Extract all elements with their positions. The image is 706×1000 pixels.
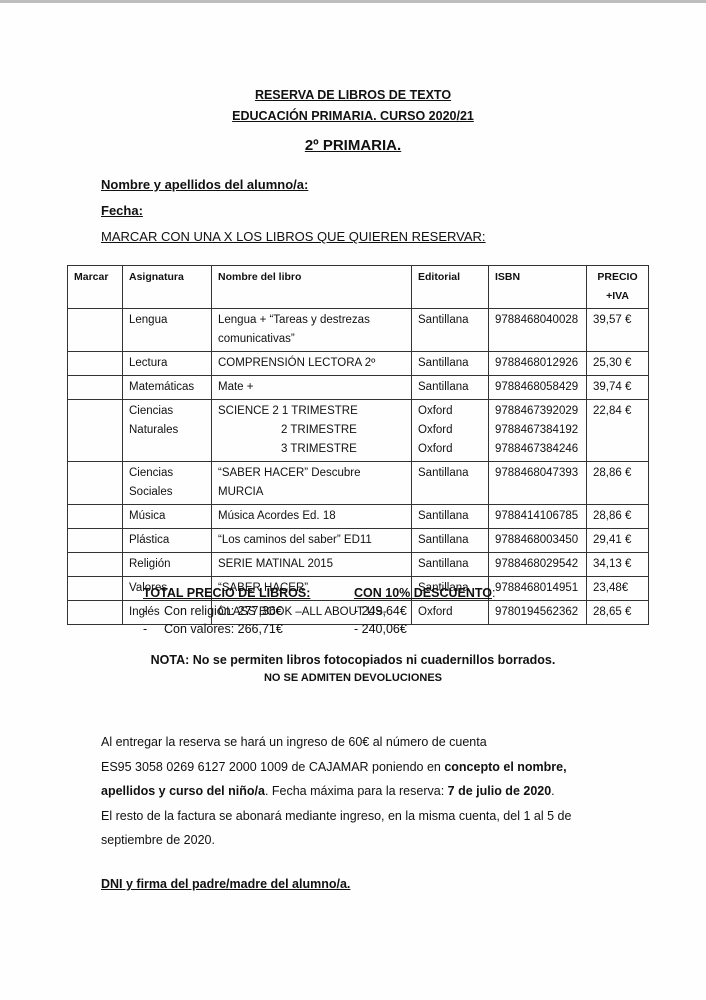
books-table: Marcar Asignatura Nombre del libro Edito… [67, 265, 649, 625]
payment-line-4: El resto de la factura se abonará median… [101, 804, 601, 829]
header-mark: Marcar [68, 266, 123, 309]
subject-cell: Lectura [123, 352, 212, 376]
price-cell: 39,74 € [587, 376, 649, 400]
payment-line-2: ES95 3058 0269 6127 2000 1009 de CAJAMAR… [101, 755, 601, 780]
isbn-cell-line: 9788468014951 [495, 579, 580, 598]
isbn-cell-line: 9788468040028 [495, 311, 580, 330]
isbn-cell-line: 9788467392029 [495, 402, 580, 421]
header-publisher: Editorial [412, 266, 489, 309]
price-cell: 39,57 € [587, 309, 649, 352]
header-price-line1: PRECIO [593, 268, 642, 287]
publisher-cell-line: Santillana [418, 378, 482, 397]
publisher-cell: Santillana [412, 462, 489, 505]
book-cell-line: 3 TRIMESTRE [218, 440, 405, 459]
book-cell-line: “Los caminos del saber” ED11 [218, 531, 405, 550]
header-price-line2: +IVA [593, 287, 642, 306]
mark-cell[interactable] [68, 352, 123, 376]
discount-colon: : [492, 586, 495, 600]
subject-cell: Plástica [123, 529, 212, 553]
price-cell: 23,48€ [587, 577, 649, 601]
subject-cell-line: Naturales [129, 421, 205, 440]
book-cell: “Los caminos del saber” ED11 [212, 529, 412, 553]
subject-cell: Música [123, 505, 212, 529]
page-top-edge [0, 0, 706, 3]
book-cell: Lengua + “Tareas y destrezascomunicativa… [212, 309, 412, 352]
isbn-cell: 9788468029542 [489, 553, 587, 577]
isbn-cell: 9788468058429 [489, 376, 587, 400]
publisher-cell-line: Oxford [418, 440, 482, 459]
discount-title-text: CON 10% DESCUENTO [354, 586, 492, 600]
isbn-cell-line: 9788468003450 [495, 531, 580, 550]
publisher-cell: Santillana [412, 529, 489, 553]
price-cell: 29,41 € [587, 529, 649, 553]
publisher-cell: OxfordOxfordOxford [412, 400, 489, 462]
isbn-cell-line: 9788468058429 [495, 378, 580, 397]
payment-paragraph: Al entregar la reserva se hará un ingres… [101, 730, 601, 853]
book-cell-line: Lengua + “Tareas y destrezas [218, 311, 405, 330]
table-row: Plástica“Los caminos del saber” ED11Sant… [68, 529, 649, 553]
mark-cell[interactable] [68, 529, 123, 553]
mark-cell[interactable] [68, 553, 123, 577]
mark-cell[interactable] [68, 376, 123, 400]
discount-religion: - 249,64€ [354, 602, 495, 620]
mark-cell[interactable] [68, 601, 123, 625]
subject-cell-line: Música [129, 507, 205, 526]
publisher-cell: Santillana [412, 376, 489, 400]
book-cell: Mate + [212, 376, 412, 400]
book-cell-line: “SABER HACER” Descubre MURCIA [218, 464, 405, 502]
book-cell-line: comunicativas” [218, 330, 405, 349]
document-title: RESERVA DE LIBROS DE TEXTO [0, 88, 706, 102]
book-cell-line: COMPRENSIÓN LECTORA 2º [218, 354, 405, 373]
publisher-cell: Santillana [412, 352, 489, 376]
isbn-cell: 9788468040028 [489, 309, 587, 352]
price-cell: 28,65 € [587, 601, 649, 625]
table-row: LenguaLengua + “Tareas y destrezascomuni… [68, 309, 649, 352]
header-price: PRECIO +IVA [587, 266, 649, 309]
no-returns-text: NO SE ADMITEN DEVOLUCIONES [0, 672, 706, 684]
total-values-value: Con valores: 266,71€ [164, 622, 283, 636]
isbn-cell-line: 9788467384192 [495, 421, 580, 440]
account-text: ES95 3058 0269 6127 2000 1009 de CAJAMAR… [101, 760, 444, 774]
subject-cell-line: Lengua [129, 311, 205, 330]
book-cell: SERIE MATINAL 2015 [212, 553, 412, 577]
book-cell-line: 2 TRIMESTRE [218, 421, 405, 440]
publisher-cell-line: Santillana [418, 354, 482, 373]
isbn-cell-line: 9788468029542 [495, 555, 580, 574]
isbn-cell: 9788468047393 [489, 462, 587, 505]
isbn-cell: 9788414106785 [489, 505, 587, 529]
discount-title: CON 10% DESCUENTO: [354, 584, 495, 602]
publisher-cell-line: Santillana [418, 531, 482, 550]
publisher-cell-line: Santillana [418, 507, 482, 526]
payment-line-3: apellidos y curso del niño/a. Fecha máxi… [101, 779, 601, 804]
totals-block: TOTAL PRECIO DE LIBROS: -Con religión: 2… [143, 584, 310, 638]
deadline-label: . Fecha máxima para la reserva: [265, 784, 448, 798]
subject-cell-line: Ciencias [129, 464, 205, 483]
mark-cell[interactable] [68, 577, 123, 601]
book-cell-line: SERIE MATINAL 2015 [218, 555, 405, 574]
isbn-cell: 9788468003450 [489, 529, 587, 553]
table-row: MatemáticasMate +Santillana9788468058429… [68, 376, 649, 400]
header-book: Nombre del libro [212, 266, 412, 309]
grade-heading: 2º PRIMARIA. [0, 137, 706, 154]
discount-values: - 240,06€ [354, 620, 495, 638]
table-row: ReligiónSERIE MATINAL 2015Santillana9788… [68, 553, 649, 577]
mark-cell[interactable] [68, 400, 123, 462]
book-cell-line: Música Acordes Ed. 18 [218, 507, 405, 526]
subject-cell: CienciasSociales [123, 462, 212, 505]
isbn-cell: 9780194562362 [489, 601, 587, 625]
price-cell: 28,86 € [587, 505, 649, 529]
subject-cell: Religión [123, 553, 212, 577]
isbn-cell: 9788468014951 [489, 577, 587, 601]
payment-line-5: septiembre de 2020. [101, 828, 601, 853]
mark-cell[interactable] [68, 309, 123, 352]
instruction-text: MARCAR CON UNA X LOS LIBROS QUE QUIEREN … [101, 229, 486, 244]
price-cell: 34,13 € [587, 553, 649, 577]
concept-bold: concepto el nombre, [444, 760, 566, 774]
header-subject: Asignatura [123, 266, 212, 309]
period: . [551, 784, 554, 798]
table-row: LecturaCOMPRENSIÓN LECTORA 2ºSantillana9… [68, 352, 649, 376]
bullet-dash: - [143, 602, 164, 620]
book-cell-line: SCIENCE 2 1 TRIMESTRE [218, 402, 405, 421]
subject-cell-line: Lectura [129, 354, 205, 373]
publisher-cell-line: Santillana [418, 464, 482, 483]
isbn-cell-line: 9788467384246 [495, 440, 580, 459]
student-name-label: Nombre y apellidos del alumno/a: [101, 177, 308, 192]
mark-cell[interactable] [68, 462, 123, 505]
total-with-religion: -Con religión: 277,36€ [143, 602, 310, 620]
subject-cell: Lengua [123, 309, 212, 352]
subject-cell: Matemáticas [123, 376, 212, 400]
isbn-cell-line: 9788414106785 [495, 507, 580, 526]
totals-title: TOTAL PRECIO DE LIBROS: [143, 584, 310, 602]
concept-bold-2: apellidos y curso del niño/a [101, 784, 265, 798]
subject-cell-line: Plástica [129, 531, 205, 550]
isbn-cell: 978846739202997884673841929788467384246 [489, 400, 587, 462]
publisher-cell: Santillana [412, 553, 489, 577]
subject-cell: CienciasNaturales [123, 400, 212, 462]
price-cell: 28,86 € [587, 462, 649, 505]
mark-cell[interactable] [68, 505, 123, 529]
signature-label: DNI y firma del padre/madre del alumno/a… [101, 877, 350, 891]
book-cell: COMPRENSIÓN LECTORA 2º [212, 352, 412, 376]
subject-cell-line: Matemáticas [129, 378, 205, 397]
subject-cell-line: Sociales [129, 483, 205, 502]
table-row: CienciasNaturalesSCIENCE 2 1 TRIMESTRE2 … [68, 400, 649, 462]
subject-cell-line: Ciencias [129, 402, 205, 421]
book-cell: SCIENCE 2 1 TRIMESTRE2 TRIMESTRE3 TRIMES… [212, 400, 412, 462]
isbn-cell-line: 9788468047393 [495, 464, 580, 483]
discount-block: CON 10% DESCUENTO: - 249,64€ - 240,06€ [354, 584, 495, 638]
subject-cell-line: Religión [129, 555, 205, 574]
isbn-cell: 9788468012926 [489, 352, 587, 376]
publisher-cell-line: Santillana [418, 555, 482, 574]
publisher-cell-line: Santillana [418, 311, 482, 330]
date-label: Fecha: [101, 203, 143, 218]
price-cell: 22,84 € [587, 400, 649, 462]
total-religion-value: Con religión: 277,36€ [164, 604, 283, 618]
book-cell: Música Acordes Ed. 18 [212, 505, 412, 529]
isbn-cell-line: 9780194562362 [495, 603, 580, 622]
table-row: MúsicaMúsica Acordes Ed. 18Santillana978… [68, 505, 649, 529]
price-cell: 25,30 € [587, 352, 649, 376]
deadline-date: 7 de julio de 2020 [448, 784, 552, 798]
table-header-row: Marcar Asignatura Nombre del libro Edito… [68, 266, 649, 309]
publisher-cell-line: Oxford [418, 421, 482, 440]
table-row: CienciasSociales“SABER HACER” Descubre M… [68, 462, 649, 505]
publisher-cell: Santillana [412, 505, 489, 529]
publisher-cell: Santillana [412, 309, 489, 352]
note-text: NOTA: No se permiten libros fotocopiados… [0, 653, 706, 667]
book-cell-line: Mate + [218, 378, 405, 397]
bullet-dash: - [143, 620, 164, 638]
document-subtitle: EDUCACIÓN PRIMARIA. CURSO 2020/21 [0, 109, 706, 123]
total-with-values: -Con valores: 266,71€ [143, 620, 310, 638]
book-cell: “SABER HACER” Descubre MURCIA [212, 462, 412, 505]
header-isbn: ISBN [489, 266, 587, 309]
isbn-cell-line: 9788468012926 [495, 354, 580, 373]
publisher-cell-line: Oxford [418, 402, 482, 421]
payment-line-1: Al entregar la reserva se hará un ingres… [101, 730, 601, 755]
